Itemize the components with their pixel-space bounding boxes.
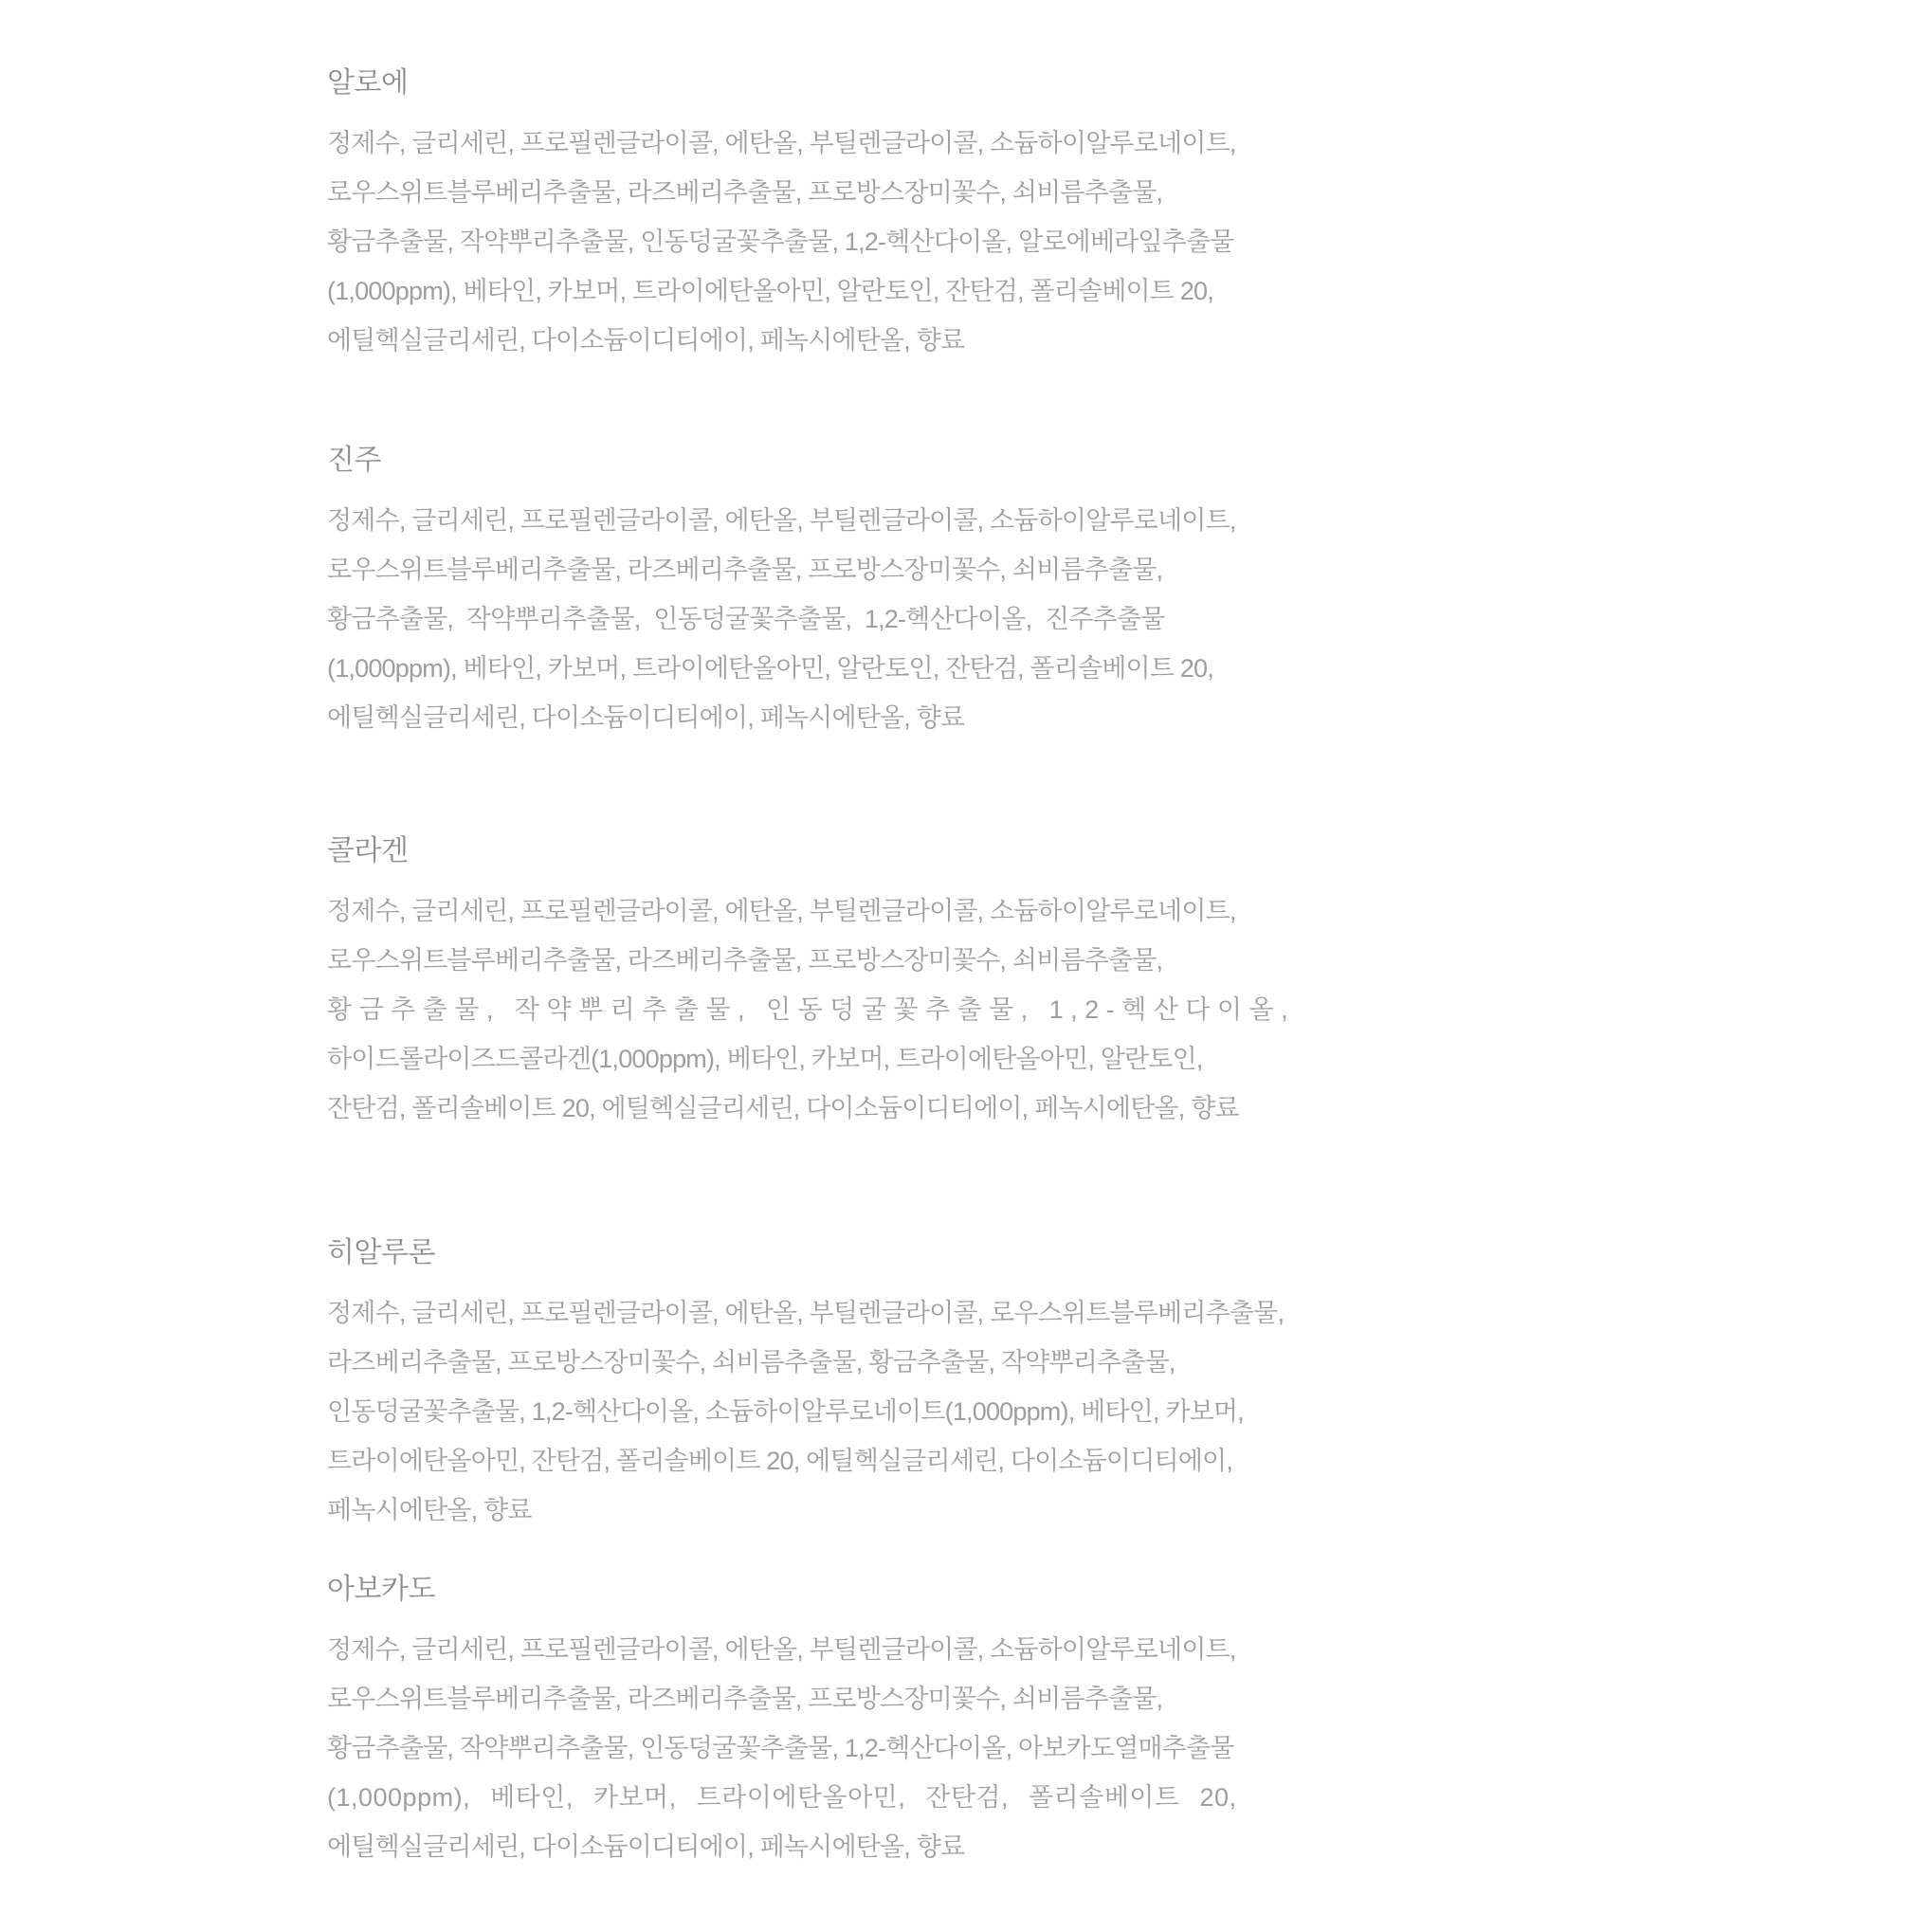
ingredient-line: 트라이에탄올아민, 잔탄검, 폴리솔베이트 20, 에틸헥실글리세린, 다이소듐… bbox=[327, 1436, 1133, 1485]
ingredient-line: 라즈베리추출물, 프로방스장미꽃수, 쇠비름추출물, 황금추출물, 작약뿌리추출… bbox=[327, 1338, 1133, 1387]
section-title: 진주 bbox=[327, 447, 1133, 475]
ingredient-line: (1,000ppm), 베타인, 카보머, 트라이에탄올아민, 알란토인, 잔탄… bbox=[327, 644, 1133, 693]
ingredient-line: 정제수, 글리세린, 프로필렌글라이콜, 에탄올, 부틸렌글라이콜, 소듐하이알… bbox=[327, 1625, 1133, 1674]
ingredient-line: 하이드롤라이즈드콜라겐(1,000ppm), 베타인, 카보머, 트라이에탄올아… bbox=[327, 1034, 1133, 1084]
ingredient-line: (1,000ppm), 베타인, 카보머, 트라이에탄올아민, 알란토인, 잔탄… bbox=[327, 266, 1133, 316]
ingredient-line: 에틸헥실글리세린, 다이소듐이디티에이, 페녹시에탄올, 향료 bbox=[327, 1822, 1133, 1871]
ingredient-line: 인동덩굴꽃추출물, 1,2-헥산다이올, 소듐하이알루로네이트(1,000ppm… bbox=[327, 1387, 1133, 1436]
ingredient-section-hyaluron: 히알루론정제수, 글리세린, 프로필렌글라이콜, 에탄올, 부틸렌글라이콜, 로… bbox=[327, 1239, 1133, 1535]
ingredient-line: 로우스위트블루베리추출물, 라즈베리추출물, 프로방스장미꽃수, 쇠비름추출물, bbox=[327, 168, 1133, 217]
product-ingredients-page: 알로에정제수, 글리세린, 프로필렌글라이콜, 에탄올, 부틸렌글라이콜, 소듐… bbox=[0, 0, 1932, 1932]
section-title: 아보카도 bbox=[327, 1576, 1133, 1604]
ingredient-line: 정제수, 글리세린, 프로필렌글라이콜, 에탄올, 부틸렌글라이콜, 소듐하이알… bbox=[327, 118, 1133, 168]
ingredient-line: 로우스위트블루베리추출물, 라즈베리추출물, 프로방스장미꽃수, 쇠비름추출물, bbox=[327, 545, 1133, 594]
ingredient-section-aloe: 알로에정제수, 글리세린, 프로필렌글라이콜, 에탄올, 부틸렌글라이콜, 소듐… bbox=[327, 69, 1133, 365]
ingredient-line: 로우스위트블루베리추출물, 라즈베리추출물, 프로방스장미꽃수, 쇠비름추출물, bbox=[327, 936, 1133, 985]
ingredient-line: 황금추출물, 작약뿌리추출물, 인동덩굴꽃추출물, 1,2-헥산다이올, bbox=[327, 985, 1133, 1034]
ingredient-line: (1,000ppm), 베타인, 카보머, 트라이에탄올아민, 잔탄검, 폴리솔… bbox=[327, 1773, 1133, 1822]
ingredient-line: 페녹시에탄올, 향료 bbox=[327, 1485, 1133, 1535]
ingredient-line: 로우스위트블루베리추출물, 라즈베리추출물, 프로방스장미꽃수, 쇠비름추출물, bbox=[327, 1674, 1133, 1723]
ingredient-line: 에틸헥실글리세린, 다이소듐이디티에이, 페녹시에탄올, 향료 bbox=[327, 693, 1133, 742]
ingredient-section-pearl: 진주정제수, 글리세린, 프로필렌글라이콜, 에탄올, 부틸렌글라이콜, 소듐하… bbox=[327, 447, 1133, 742]
ingredient-line: 에틸헥실글리세린, 다이소듐이디티에이, 페녹시에탄올, 향료 bbox=[327, 316, 1133, 365]
ingredient-section-collagen: 콜라겐정제수, 글리세린, 프로필렌글라이콜, 에탄올, 부틸렌글라이콜, 소듐… bbox=[327, 837, 1133, 1133]
ingredient-lists: 알로에정제수, 글리세린, 프로필렌글라이콜, 에탄올, 부틸렌글라이콜, 소듐… bbox=[327, 0, 1133, 1871]
ingredient-line: 정제수, 글리세린, 프로필렌글라이콜, 에탄올, 부틸렌글라이콜, 소듐하이알… bbox=[327, 886, 1133, 936]
ingredient-line: 황금추출물, 작약뿌리추출물, 인동덩굴꽃추출물, 1,2-헥산다이올, 진주추… bbox=[327, 594, 1133, 644]
ingredient-line: 황금추출물, 작약뿌리추출물, 인동덩굴꽃추출물, 1,2-헥산다이올, 알로에… bbox=[327, 217, 1133, 266]
ingredient-line: 정제수, 글리세린, 프로필렌글라이콜, 에탄올, 부틸렌글라이콜, 소듐하이알… bbox=[327, 496, 1133, 545]
ingredient-line: 황금추출물, 작약뿌리추출물, 인동덩굴꽃추출물, 1,2-헥산다이올, 아보카… bbox=[327, 1723, 1133, 1773]
section-title: 히알루론 bbox=[327, 1239, 1133, 1267]
section-title: 콜라겐 bbox=[327, 837, 1133, 866]
ingredient-line: 정제수, 글리세린, 프로필렌글라이콜, 에탄올, 부틸렌글라이콜, 로우스위트… bbox=[327, 1288, 1133, 1338]
ingredient-section-avocado: 아보카도정제수, 글리세린, 프로필렌글라이콜, 에탄올, 부틸렌글라이콜, 소… bbox=[327, 1576, 1133, 1871]
ingredient-line: 잔탄검, 폴리솔베이트 20, 에틸헥실글리세린, 다이소듐이디티에이, 페녹시… bbox=[327, 1084, 1133, 1133]
section-title: 알로에 bbox=[327, 69, 1133, 98]
